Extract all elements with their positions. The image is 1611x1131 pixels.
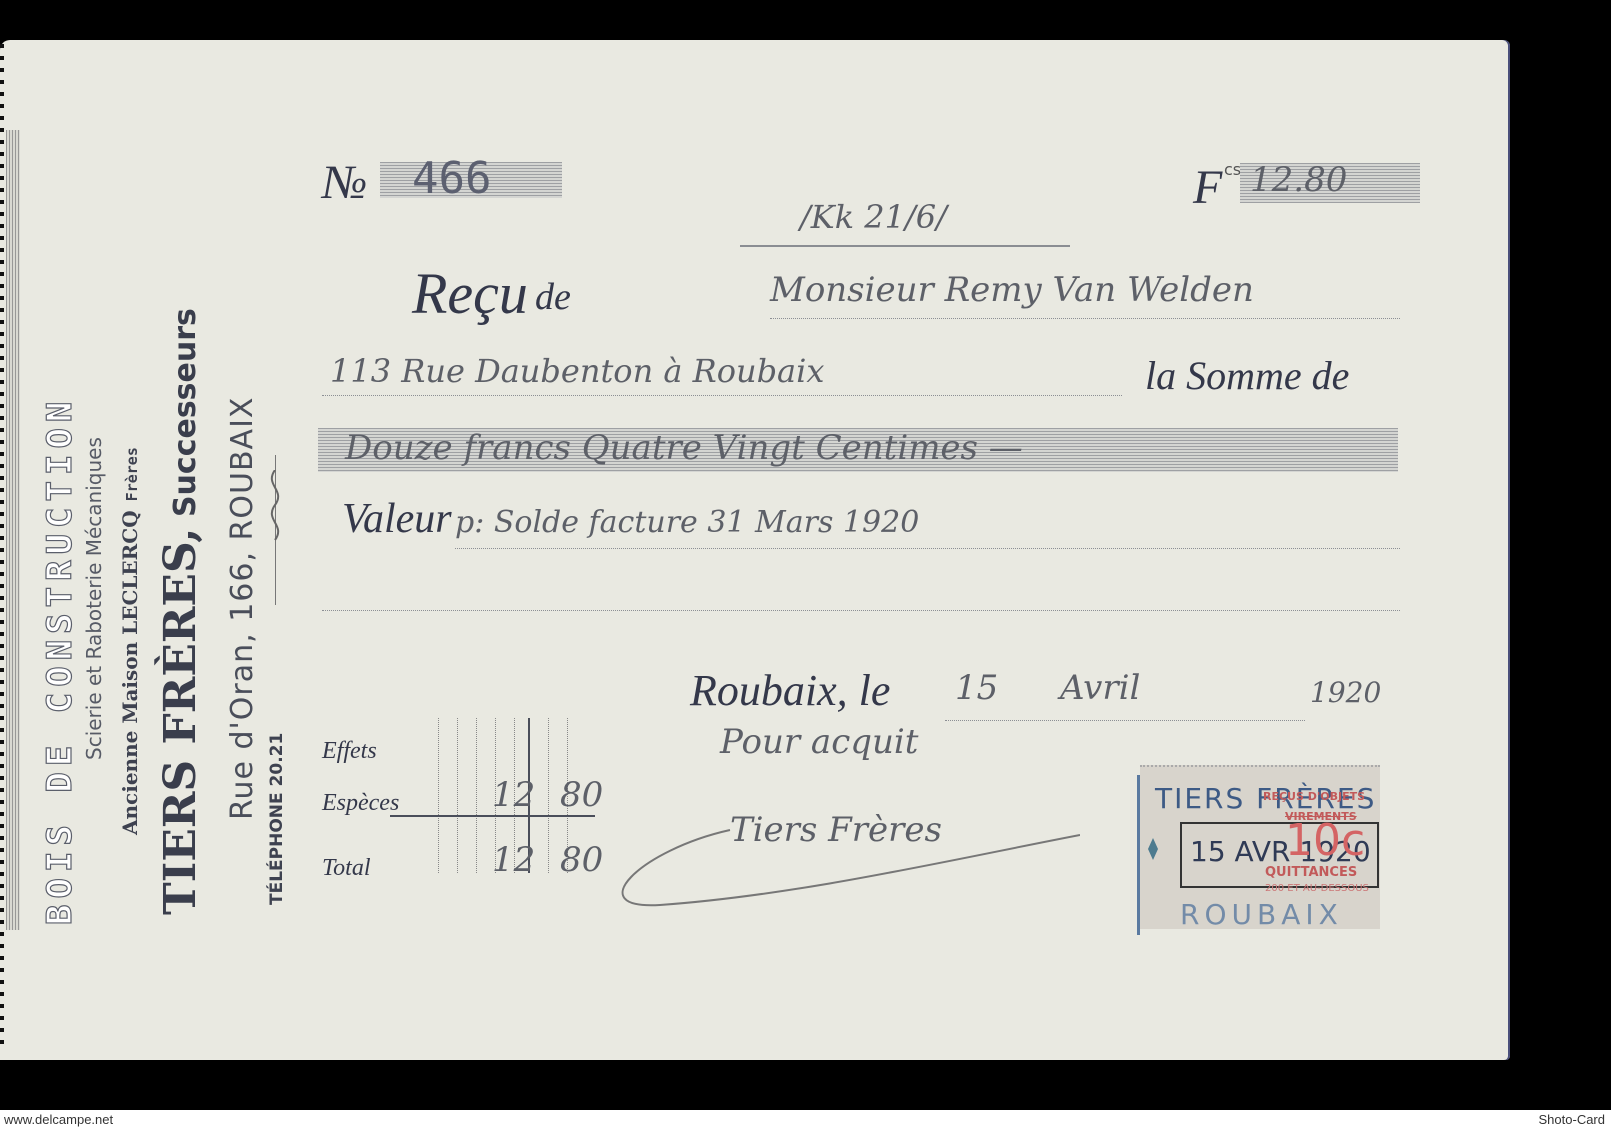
guilloche-border (6, 130, 20, 930)
amount-value: 12.80 (1250, 160, 1347, 200)
valeur-text: p: Solde facture 31 Mars 1920 (455, 505, 919, 540)
stamp-value: 10c (1285, 815, 1365, 866)
francs-sup: cs (1224, 160, 1241, 179)
date-month: Avril (1060, 668, 1140, 708)
flourish-ornament-icon (262, 470, 288, 550)
payer-name: Monsieur Remy Van Welden (770, 270, 1254, 310)
footer-right: Shoto-Card (1539, 1112, 1605, 1127)
pour-acquit: Pour acquit (720, 722, 918, 762)
footer-left: www.delcampe.net (4, 1112, 113, 1127)
former-house-name: LECLERCQ (118, 510, 142, 635)
signature-flourish-icon (600, 820, 1080, 910)
stamp-line3: QUITTANCES (1265, 865, 1357, 880)
especes-francs: 12 (492, 775, 535, 815)
date-line (945, 720, 1305, 721)
date-day: 15 (955, 668, 998, 708)
somme-label: la Somme de (1145, 352, 1349, 399)
amount-in-words: Douze francs Quatre Vingt Centimes — (345, 428, 1023, 468)
francs-label: F (1193, 160, 1222, 215)
cancel-city: ROUBAIX (1180, 898, 1343, 931)
company-title: TIERS FRÈRES, (155, 528, 206, 916)
place-label: Roubaix, le (690, 665, 890, 716)
number-label: № (322, 155, 367, 210)
perforated-edge (0, 44, 4, 1044)
company-phone: TÉLÉPHONE 20.21 (267, 733, 287, 905)
blank-line (322, 610, 1400, 611)
company-address: Rue d'Oran, 166, ROUBAIX (225, 397, 260, 820)
stamp-line4: 200 ET AU-DESSOUS (1265, 883, 1369, 894)
letterhead-subtitle: Scierie et Raboterie Mécaniques (82, 437, 106, 760)
reference-underline (740, 245, 1070, 247)
payer-line (770, 318, 1400, 319)
address-line (322, 395, 1122, 396)
receipt-number: 466 (412, 153, 491, 204)
total-francs: 12 (492, 840, 535, 880)
valeur-label: Valeur (342, 495, 452, 543)
former-house-prefix: Ancienne Maison (118, 635, 142, 835)
payer-address: 113 Rue Daubenton à Roubaix (330, 352, 824, 390)
valeur-line (455, 548, 1400, 549)
total-centimes: 80 (560, 840, 603, 880)
former-house-suffix: Frères (123, 447, 141, 510)
stamp-line1: REÇUS D'OBJETS (1263, 790, 1365, 803)
watermark-bar: www.delcampe.net Shoto-Card (0, 1110, 1611, 1131)
letterhead-former-house: Ancienne Maison LECLERCQ Frères (118, 447, 142, 835)
effets-label: Effets (322, 738, 377, 765)
de-label: de (535, 275, 571, 319)
letterhead-title: BOIS DE CONSTRUCTION (40, 396, 80, 925)
company-successors: Successeurs (168, 308, 203, 527)
reference-note: /Kk 21/6/ (800, 198, 947, 236)
company-name: TIERS FRÈRES, Successeurs (155, 308, 206, 915)
total-label: Total (322, 855, 370, 882)
recu-label: Reçu (412, 260, 528, 327)
especes-centimes: 80 (560, 775, 603, 815)
especes-label: Espèces (322, 790, 399, 817)
date-year: 1920 (1310, 676, 1381, 709)
